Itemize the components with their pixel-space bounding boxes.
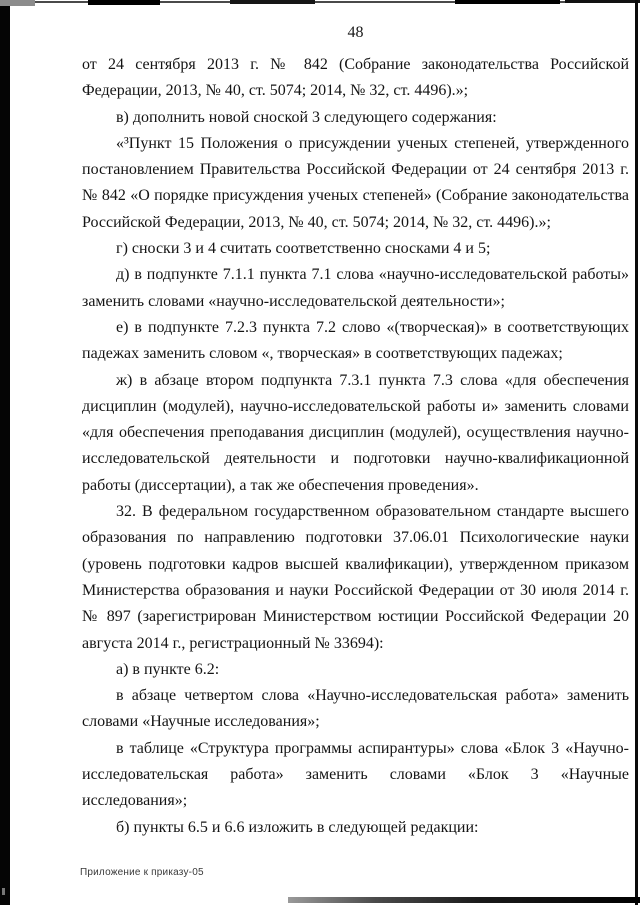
footer-annotation: Приложение к приказу-05 [80,867,204,878]
top-scan-edge-segment [455,0,560,4]
paragraph: в таблице «Структура программы аспиранту… [82,736,629,815]
paragraph: а) в пункте 6.2: [82,657,629,683]
paragraph: в абзаце четвертом слова «Научно-исследо… [82,683,629,736]
right-scan-border-line [635,0,638,905]
top-scan-edge-segment [565,0,640,3]
top-scan-edge-segment [88,0,160,5]
paragraph: е) в подпункте 7.2.3 пункта 7.2 слово «(… [82,315,629,368]
paragraph: «³Пункт 15 Положения о присуждении учены… [82,131,629,236]
paragraph: ж) в абзаце втором подпункта 7.3.1 пункт… [82,368,629,499]
left-scan-border [0,0,10,905]
paragraph: г) сноски 3 и 4 считать соответственно с… [82,236,629,262]
paragraph: д) в подпункте 7.1.1 пункта 7.1 слова «н… [82,262,629,315]
scanned-document-page: 48 от 24 сентября 2013 г. № 842 (Собрани… [0,0,640,905]
top-scan-edge-segment [230,0,315,4]
paragraph: от 24 сентября 2013 г. № 842 (Собрание з… [82,52,629,105]
paragraph: 32. В федеральном государственном образо… [82,499,629,657]
bottom-scan-edge-bar [288,897,640,903]
paragraph: б) пункты 6.5 и 6.6 изложить в следующей… [82,815,629,841]
page-number: 48 [82,24,629,42]
top-scan-edge-segment [0,0,35,6]
document-body: от 24 сентября 2013 г. № 842 (Собрание з… [82,52,629,841]
bottom-scan-edge-mark [2,888,5,895]
paragraph: в) дополнить новой сноской 3 следующего … [82,105,629,131]
